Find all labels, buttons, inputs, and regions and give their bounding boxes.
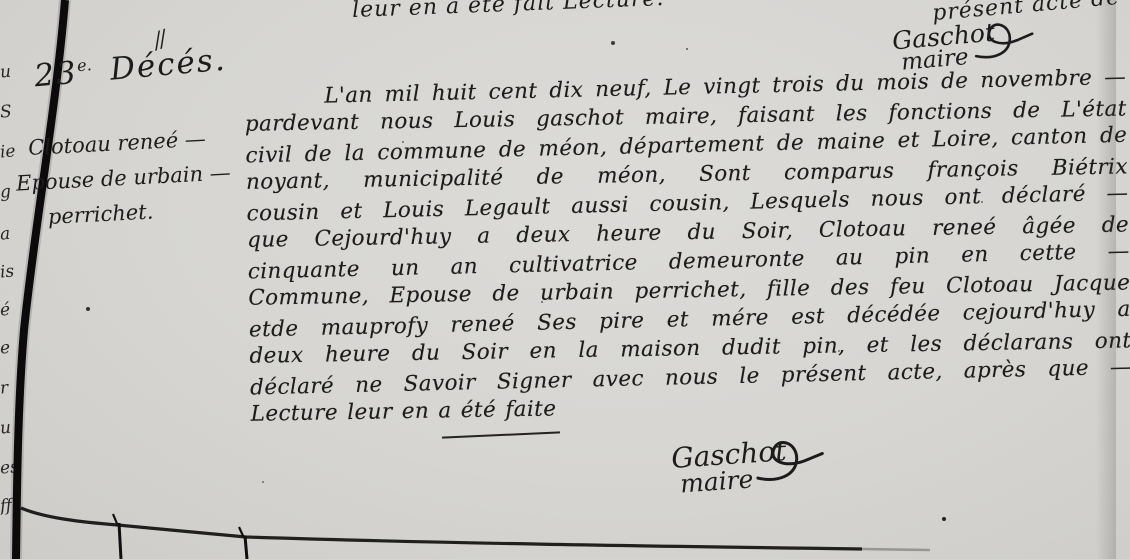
edge-fragment: a (0, 223, 16, 244)
pen-stroke (442, 431, 560, 438)
mayor-signature-bottom: Gaschot maire (670, 434, 789, 499)
act-number: 23 (33, 55, 79, 95)
edge-fragment: g (0, 181, 16, 202)
edge-fragment: is (0, 261, 16, 282)
signature-paraph-icon (967, 12, 1042, 73)
right-edge-shadow (1096, 0, 1116, 559)
edge-fragment: u (0, 61, 16, 82)
rule-tick (239, 527, 244, 538)
table-column-divider (245, 536, 247, 559)
edge-fragment: r (0, 377, 16, 398)
act-body-text: L'an mil huit cent dix neuf, Le vingt tr… (244, 64, 1130, 430)
rule-tick (113, 514, 118, 526)
edge-fragment: ff (0, 495, 16, 516)
act-number-ordinal: e. (76, 55, 92, 75)
register-page-scan: u S ie g a is é e r u es ff leur en a ét… (0, 0, 1130, 559)
ink-specks (0, 0, 2, 2)
act-number-heading: 23e.Décés. (33, 42, 228, 95)
edge-fragment: u (0, 417, 16, 438)
edge-fragment: S (0, 101, 16, 122)
signature-paraph-icon (749, 429, 833, 496)
edge-fragment: é (0, 299, 16, 320)
previous-page-edge: u S ie g a is é e r u es ff (0, 0, 16, 559)
table-column-divider (119, 523, 121, 559)
prev-act-closing-text: leur en a été fait Lecture. (352, 0, 665, 23)
edge-fragment: e (0, 337, 16, 358)
edge-fragment: es (0, 457, 16, 478)
table-top-rule-fade (862, 549, 930, 550)
table-top-rule (21, 508, 862, 549)
deceased-name-margin: Clotoau reneé — Epouse de urbain — perri… (13, 120, 233, 236)
